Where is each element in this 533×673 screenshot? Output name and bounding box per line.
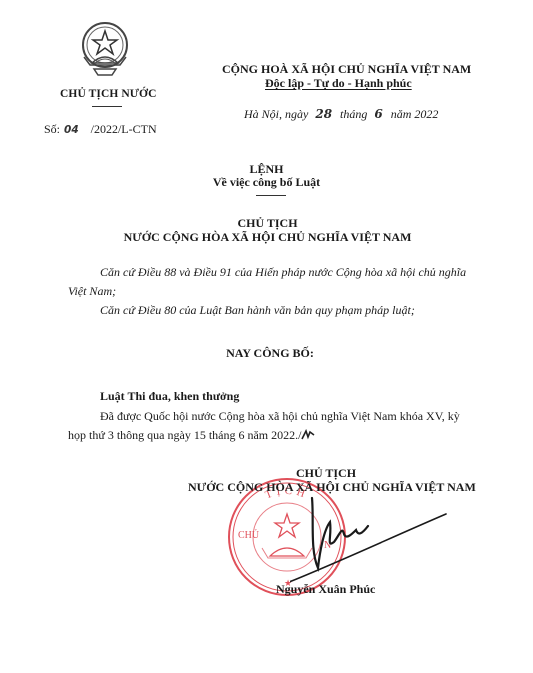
document-number: Số:04/2022/L-CTN	[44, 122, 157, 137]
date-month-label: tháng	[340, 107, 367, 121]
proclamation-heading: NAY CÔNG BỐ:	[0, 346, 533, 361]
law-body-line-1: Đã được Quốc hội nước Cộng hòa xã hội ch…	[100, 409, 460, 424]
legal-basis-1: Căn cứ Điều 88 và Điều 91 của Hiến pháp …	[100, 265, 466, 280]
law-name: Luật Thi đua, khen thưởng	[100, 389, 239, 404]
date-year: năm 2022	[391, 107, 439, 121]
doc-number-handwritten: 04	[64, 124, 79, 136]
svg-text:CHỦ: CHỦ	[238, 529, 260, 541]
issuer-title-full: NƯỚC CỘNG HÒA XÃ HỘI CHỦ NGHĨA VIỆT NAM	[0, 230, 533, 245]
issuing-agency: CHỦ TỊCH NƯỚC	[60, 88, 157, 100]
legal-basis-1-cont: Việt Nam;	[68, 284, 116, 299]
law-body-line-2: họp thứ 3 thông qua ngày 15 tháng 6 năm …	[68, 428, 315, 443]
signer-name: Nguyễn Xuân Phúc	[276, 582, 375, 597]
law-body-text: họp thứ 3 thông qua ngày 15 tháng 6 năm …	[68, 428, 301, 442]
national-motto: Độc lập - Tự do - Hạnh phúc	[265, 76, 412, 91]
document-subject: Về việc công bố Luật	[0, 175, 533, 190]
divider	[256, 195, 286, 196]
issuer-title: CHỦ TỊCH	[0, 216, 533, 231]
doc-number-suffix: /2022/L-CTN	[91, 122, 157, 136]
date-place: Hà Nội, ngày	[244, 107, 308, 121]
national-emblem-icon	[74, 17, 136, 81]
initial-mark-icon	[301, 429, 315, 440]
date-line: Hà Nội, ngày 28tháng 6năm 2022	[244, 107, 438, 122]
date-day: 28	[315, 107, 332, 121]
doc-number-prefix: Số:	[44, 122, 60, 136]
national-title: CỘNG HOÀ XÃ HỘI CHỦ NGHĨA VIỆT NAM	[222, 62, 471, 77]
divider	[92, 106, 122, 107]
legal-basis-2: Căn cứ Điều 80 của Luật Ban hành văn bản…	[100, 303, 415, 318]
date-month: 6	[374, 107, 382, 121]
signatory-title: CHỦ TỊCH	[0, 466, 533, 481]
